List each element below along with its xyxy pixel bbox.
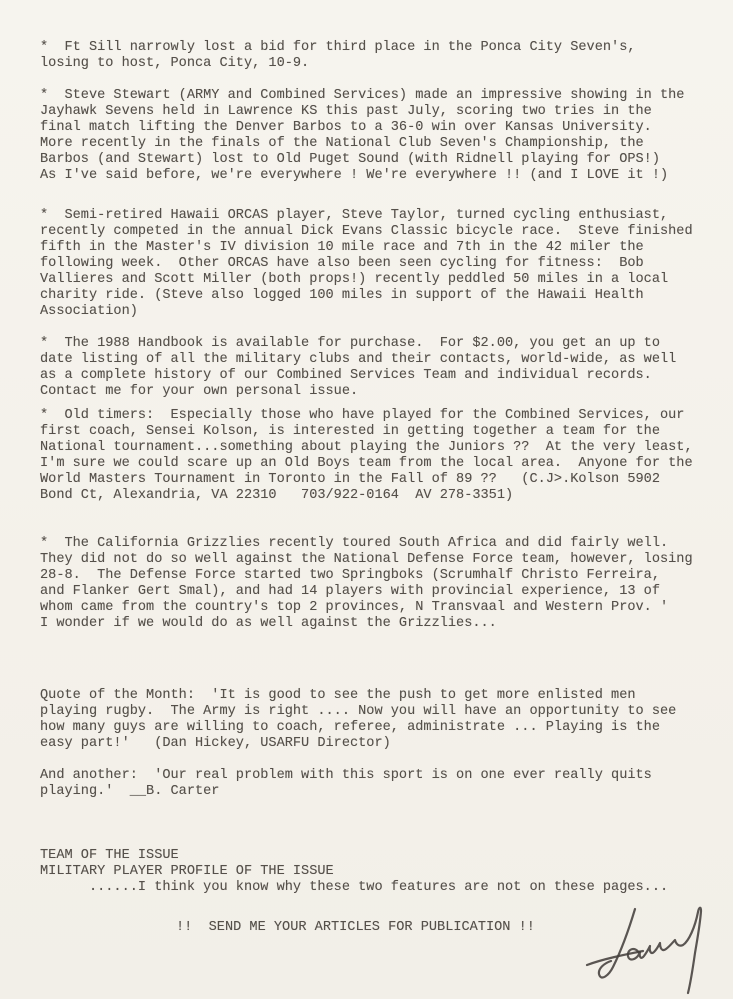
signature-h-downstroke — [599, 909, 635, 978]
bullet-old-timers: * Old timers: Especially those who have … — [40, 408, 707, 504]
signature-harry-icon — [577, 903, 727, 998]
bullet-hawaii-orcas: * Semi-retired Hawaii ORCAS player, Stev… — [40, 208, 707, 320]
bullet-1988-handbook: * The 1988 Handbook is available for pur… — [40, 336, 707, 400]
missing-features-note: TEAM OF THE ISSUE MILITARY PLAYER PROFIL… — [40, 848, 707, 896]
newsletter-page: * Ft Sill narrowly lost a bid for third … — [0, 0, 733, 999]
bullet-grizzlies-tour: * The California Grizzlies recently tour… — [40, 536, 707, 632]
quote-another: And another: 'Our real problem with this… — [40, 768, 707, 800]
page-body: * Ft Sill narrowly lost a bid for third … — [40, 40, 707, 936]
bullet-steve-stewart: * Steve Stewart (ARMY and Combined Servi… — [40, 88, 707, 184]
quote-of-the-month: Quote of the Month: 'It is good to see t… — [40, 688, 707, 752]
signature-arry-flourish — [628, 908, 701, 993]
bullet-ft-sill: * Ft Sill narrowly lost a bid for third … — [40, 40, 707, 72]
